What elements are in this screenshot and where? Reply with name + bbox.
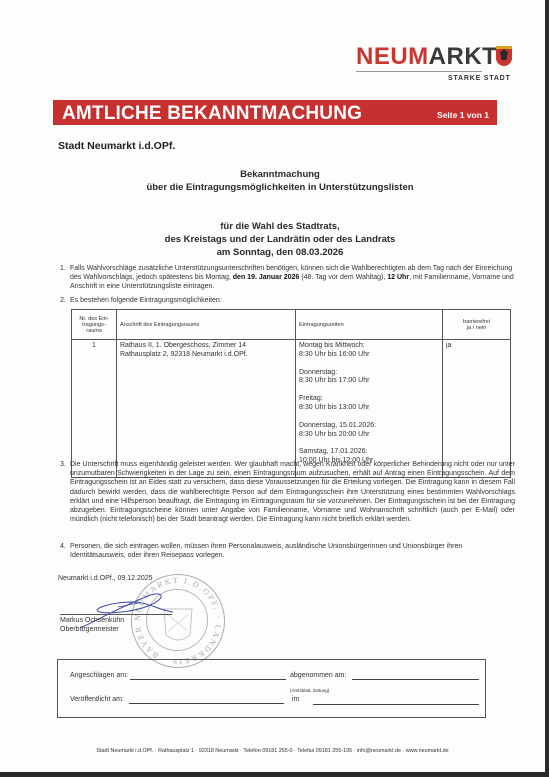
opening-times: Montag bis Mittwoch:8:30 Uhr bis 16:00 U… xyxy=(296,340,443,478)
paragraph-text: (48. Tag vor dem Wahltag), xyxy=(299,274,387,281)
election-heading: für die Wahl des Stadtrats, des Kreistag… xyxy=(55,220,505,259)
election-line-1: für die Wahl des Stadtrats, xyxy=(55,220,505,233)
time-slot: Montag bis Mittwoch:8:30 Uhr bis 16:00 U… xyxy=(299,342,439,360)
paragraph-number: 2. xyxy=(60,296,66,305)
time-slot-day: Donnerstag, 15.01.2026: xyxy=(299,422,439,431)
heading-line-2: über die Eintragungsmöglichkeiten in Unt… xyxy=(55,181,505,194)
paragraph-1: 1. Falls Wahlvorschläge zusätzliche Unte… xyxy=(60,264,515,292)
header-address: Anschrift des Eintragungsraums xyxy=(117,310,296,340)
city-logo: NEUMARKT STARKE STADT xyxy=(356,45,516,85)
coat-of-arms-icon xyxy=(496,46,512,66)
heading-line-1: Bekanntmachung xyxy=(55,168,505,181)
time-slot-day: Donnerstag: xyxy=(299,369,439,378)
publication-medium-hint: (Amtsblatt, Zeitung) xyxy=(290,688,329,693)
logo-divider xyxy=(356,71,482,72)
paragraph-text: Die Unterschrift muss eigenhändig geleis… xyxy=(70,460,515,524)
address-line-1: Rathaus II, 1. Obergeschoss, Zimmer 14 xyxy=(120,342,292,351)
paragraph-number: 1. xyxy=(60,264,66,273)
table-header-row: Nr. des Ein- tragungs- raums Anschrift d… xyxy=(72,310,511,340)
banner-title: AMTLICHE BEKANNTMACHUNG xyxy=(62,103,362,125)
document-heading: Bekanntmachung über die Eintragungsmögli… xyxy=(55,168,505,194)
published-label: Veröffentlicht am: xyxy=(70,696,124,703)
posting-record-box: Angeschlagen am: abgenommen am: Veröffen… xyxy=(57,659,486,718)
header-barrier-free: barrierefrei ja / nein xyxy=(443,310,511,340)
signatory: Markus Ochsenkühn Oberbürgermeister xyxy=(60,616,124,634)
logo-part-neu: NEU xyxy=(356,43,408,70)
time-slot-day: Freitag: xyxy=(299,395,439,404)
footer-contact: Stadt Neumarkt i.d.OPf. · Rathausplatz 1… xyxy=(0,748,545,754)
paragraph-text: Es bestehen folgende Eintragungsmöglichk… xyxy=(70,296,515,305)
issuer-name: Stadt Neumarkt i.d.OPf. xyxy=(58,140,175,152)
signatory-name: Markus Ochsenkühn xyxy=(60,616,124,625)
removed-date-field[interactable] xyxy=(352,679,479,680)
paragraph-3: 3. Die Unterschrift muss eigenhändig gel… xyxy=(60,460,515,524)
logo-part-arkt: ARKT xyxy=(429,43,498,70)
posted-label: Angeschlagen am: xyxy=(70,672,128,679)
publication-medium-field[interactable] xyxy=(313,704,479,705)
address-line-2: Rathausplatz 2, 92318 Neumarkt i.d.OPf. xyxy=(120,351,292,360)
logo-wordmark: NEUMARKT xyxy=(356,45,497,69)
paragraph-number: 3. xyxy=(60,460,66,469)
time-slot-day: Samstag, 17.01.2026: xyxy=(299,448,439,457)
header-room-number: Nr. des Ein- tragungs- raums xyxy=(72,310,117,340)
header-times: Eintragungszeiten xyxy=(296,310,443,340)
paragraph-4: 4. Personen, die sich eintragen wollen, … xyxy=(60,542,515,560)
paragraph-2: 2. Es bestehen folgende Eintragungsmögli… xyxy=(60,296,515,305)
time-slot-hours: 8:30 Uhr bis 17:00 Uhr xyxy=(299,377,439,386)
time-slot: Donnerstag, 15.01.2026:8:30 Uhr bis 20:0… xyxy=(299,422,439,440)
time-slot-hours: 8:30 Uhr bis 20:00 Uhr xyxy=(299,431,439,440)
time-slot-hours: 8:30 Uhr bis 16:00 Uhr xyxy=(299,351,439,360)
time-slot: Donnerstag:8:30 Uhr bis 17:00 Uhr xyxy=(299,369,439,387)
table-row: 1 Rathaus II, 1. Obergeschoss, Zimmer 14… xyxy=(72,340,511,478)
time-slot-hours: 8:30 Uhr bis 13:00 Uhr xyxy=(299,404,439,413)
paragraph-text: Personen, die sich eintragen wollen, müs… xyxy=(70,542,515,560)
election-line-3: am Sonntag, den 08.03.2026 xyxy=(55,246,505,259)
posted-date-field[interactable] xyxy=(130,679,286,680)
election-line-2: des Kreistags und der Landrätin oder des… xyxy=(55,233,505,246)
announcement-banner: AMTLICHE BEKANNTMACHUNG Seite 1 von 1 xyxy=(53,100,497,125)
room-address: Rathaus II, 1. Obergeschoss, Zimmer 14 R… xyxy=(117,340,296,478)
document-page: NEUMARKT STARKE STADT AMTLICHE BEKANNTMA… xyxy=(0,0,549,777)
paragraph-number: 4. xyxy=(60,542,66,551)
deadline-date: den 19. Januar 2026 xyxy=(233,274,300,281)
deadline-time: 12 Uhr xyxy=(387,274,409,281)
time-slot: Freitag:8:30 Uhr bis 13:00 Uhr xyxy=(299,395,439,413)
in-label: im xyxy=(292,696,299,703)
registration-rooms-table: Nr. des Ein- tragungs- raums Anschrift d… xyxy=(71,309,511,478)
logo-tagline: STARKE STADT xyxy=(448,75,511,82)
signature-line xyxy=(60,614,172,615)
barrier-free-value: ja xyxy=(443,340,511,478)
signatory-title: Oberbürgermeister xyxy=(60,625,124,634)
published-date-field[interactable] xyxy=(129,703,284,704)
page-indicator: Seite 1 von 1 xyxy=(437,110,489,120)
logo-part-m: M xyxy=(408,43,429,70)
time-slot-day: Montag bis Mittwoch: xyxy=(299,342,439,351)
room-number: 1 xyxy=(72,340,117,478)
removed-label: abgenommen am: xyxy=(290,672,346,679)
